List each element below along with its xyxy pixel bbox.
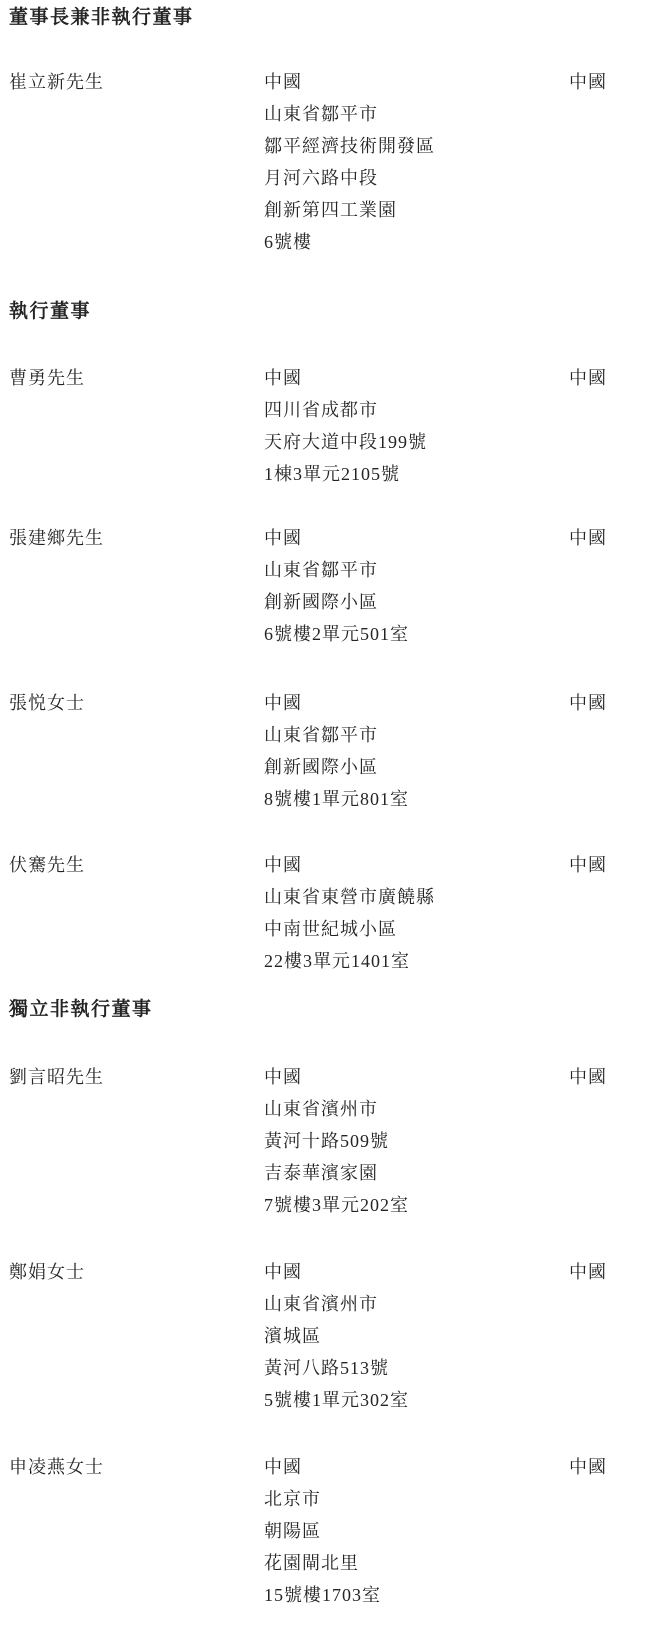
director-nationality: 中國 — [569, 362, 607, 394]
director-nationality: 中國 — [569, 1451, 607, 1483]
address-line: 花園閘北里 — [264, 1547, 381, 1579]
address-line: 鄒平經濟技術開發區 — [264, 130, 435, 162]
address-line: 創新國際小區 — [264, 751, 409, 783]
section-heading-chairman-non-executive-director: 董事長兼非執行董事 — [9, 2, 194, 34]
director-address: 中國 四川省成都市 天府大道中段199號 1棟3單元2105號 — [264, 362, 427, 490]
address-line: 黃河八路513號 — [264, 1352, 409, 1384]
director-address: 中國 山東省濱州市 黃河十路509號 吉泰華濱家園 7號樓3單元202室 — [264, 1061, 409, 1221]
address-line: 15號樓1703室 — [264, 1579, 381, 1611]
director-name: 張建鄉先生 — [9, 522, 104, 554]
address-line: 山東省濱州市 — [264, 1093, 409, 1125]
director-name: 伏騫先生 — [9, 849, 85, 881]
director-name: 張悦女士 — [9, 687, 85, 719]
address-line: 7號樓3單元202室 — [264, 1189, 409, 1221]
address-line: 創新第四工業園 — [264, 194, 435, 226]
director-address: 中國 山東省鄒平市 創新國際小區 6號樓2單元501室 — [264, 522, 409, 650]
director-nationality: 中國 — [569, 1256, 607, 1288]
section-heading-executive-directors: 執行董事 — [9, 296, 91, 328]
director-nationality: 中國 — [569, 66, 607, 98]
address-line: 山東省鄒平市 — [264, 719, 409, 751]
address-line: 山東省濱州市 — [264, 1288, 409, 1320]
address-line: 中國 — [264, 362, 427, 394]
director-address: 中國 山東省鄒平市 創新國際小區 8號樓1單元801室 — [264, 687, 409, 815]
address-line: 山東省東營市廣饒縣 — [264, 881, 435, 913]
director-address: 中國 山東省鄒平市 鄒平經濟技術開發區 月河六路中段 創新第四工業園 6號樓 — [264, 66, 435, 258]
director-nationality: 中國 — [569, 687, 607, 719]
director-nationality: 中國 — [569, 522, 607, 554]
address-line: 黃河十路509號 — [264, 1125, 409, 1157]
address-line: 四川省成都市 — [264, 394, 427, 426]
address-line: 山東省鄒平市 — [264, 98, 435, 130]
address-line: 朝陽區 — [264, 1515, 381, 1547]
address-line: 北京市 — [264, 1483, 381, 1515]
director-name: 申凌燕女士 — [9, 1451, 104, 1483]
address-line: 中國 — [264, 1451, 381, 1483]
director-address: 中國 山東省濱州市 濱城區 黃河八路513號 5號樓1單元302室 — [264, 1256, 409, 1416]
address-line: 5號樓1單元302室 — [264, 1384, 409, 1416]
director-nationality: 中國 — [569, 849, 607, 881]
address-line: 中國 — [264, 687, 409, 719]
address-line: 月河六路中段 — [264, 162, 435, 194]
address-line: 創新國際小區 — [264, 586, 409, 618]
address-line: 吉泰華濱家園 — [264, 1157, 409, 1189]
address-line: 中國 — [264, 849, 435, 881]
address-line: 8號樓1單元801室 — [264, 783, 409, 815]
address-line: 中國 — [264, 1061, 409, 1093]
director-name: 曹勇先生 — [9, 362, 85, 394]
section-heading-independent-non-executive-directors: 獨立非執行董事 — [9, 994, 153, 1026]
director-address: 中國 山東省東營市廣饒縣 中南世紀城小區 22樓3單元1401室 — [264, 849, 435, 977]
director-address: 中國 北京市 朝陽區 花園閘北里 15號樓1703室 — [264, 1451, 381, 1611]
address-line: 6號樓 — [264, 226, 435, 258]
address-line: 中國 — [264, 522, 409, 554]
address-line: 1棟3單元2105號 — [264, 458, 427, 490]
director-name: 鄭娟女士 — [9, 1256, 85, 1288]
address-line: 6號樓2單元501室 — [264, 618, 409, 650]
address-line: 中南世紀城小區 — [264, 913, 435, 945]
address-line: 中國 — [264, 66, 435, 98]
director-nationality: 中國 — [569, 1061, 607, 1093]
address-line: 中國 — [264, 1256, 409, 1288]
address-line: 山東省鄒平市 — [264, 554, 409, 586]
directors-address-page: { "page": { "background_color": "#ffffff… — [0, 0, 660, 1629]
director-name: 崔立新先生 — [9, 66, 104, 98]
address-line: 濱城區 — [264, 1320, 409, 1352]
director-name: 劉言昭先生 — [9, 1061, 104, 1093]
address-line: 天府大道中段199號 — [264, 426, 427, 458]
address-line: 22樓3單元1401室 — [264, 945, 435, 977]
